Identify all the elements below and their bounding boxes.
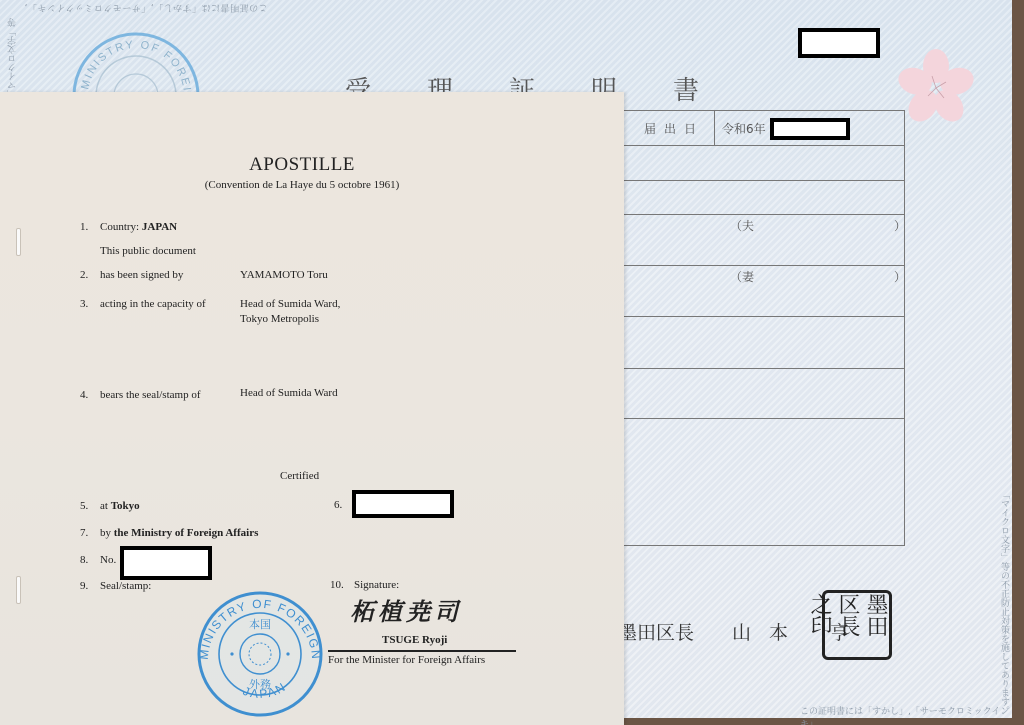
- capacity-value-line1: Head of Sumida Ward,: [240, 298, 340, 310]
- date-value: 令和6年: [722, 120, 766, 137]
- country-row: Country: JAPAN: [100, 221, 177, 233]
- security-notice-bottom: この証明書には「すかし」,「サーモクロミックインキ」,: [800, 704, 1012, 725]
- item-number: 6.: [334, 499, 342, 511]
- seal-value: Head of Sumida Ward: [240, 387, 338, 399]
- date-label: 届出日: [644, 120, 704, 137]
- wife-label: （妻: [730, 268, 754, 285]
- certified-heading: Certified: [280, 470, 319, 482]
- item-number: 2.: [80, 269, 88, 281]
- table-row: [600, 418, 904, 419]
- security-notice-top: この証明書には「すかし」,「サーモクロミックインキ」,: [24, 2, 268, 15]
- table-row: [600, 368, 904, 369]
- staple: [16, 228, 21, 256]
- handwritten-signature: 柘植尭司: [350, 592, 462, 627]
- signature-line: [328, 650, 516, 652]
- table-row: （夫 ）: [600, 214, 904, 215]
- redacted-certificate-number: [798, 28, 880, 58]
- item-number: 8.: [80, 554, 88, 566]
- item-number: 5.: [80, 500, 88, 512]
- redacted-date: [352, 490, 454, 518]
- item-number: 4.: [80, 389, 88, 401]
- apostille-title: APOSTILLE: [0, 154, 624, 176]
- signer-role: For the Minister for Foreign Affairs: [328, 654, 485, 666]
- svg-text:外務: 外務: [249, 677, 271, 691]
- table-row: [600, 180, 904, 181]
- staple: [16, 576, 21, 604]
- security-notice-right: 「マイクロ文字」等の不正防止対策を施してあります。: [998, 490, 1011, 715]
- capacity-value-line2: Tokyo Metropolis: [240, 313, 319, 325]
- public-document-text: This public document: [100, 245, 196, 257]
- sakura-icon: [896, 46, 976, 126]
- at-row: at Tokyo: [100, 500, 140, 512]
- signed-by-label: has been signed by: [100, 269, 183, 281]
- table-row: （妻 ）: [600, 265, 904, 266]
- certificate-table: 届出日 令和6年 （夫 ） （妻 ）: [600, 110, 905, 546]
- seal-label: bears the seal/stamp of: [100, 389, 201, 401]
- by-row: by the Ministry of Foreign Affairs: [100, 527, 258, 539]
- item-number: 7.: [80, 527, 88, 539]
- ward-seal-stamp: 墨田区長之印: [822, 590, 892, 660]
- security-notice-left: 「マイクロ文字」等: [6, 18, 19, 99]
- issuer-title: 墨田区長: [618, 618, 694, 645]
- table-row: [600, 545, 904, 546]
- item-number: 1.: [80, 221, 88, 233]
- signer-name: TSUGE Ryoji: [382, 634, 447, 646]
- table-row: [600, 316, 904, 317]
- item-number: 9.: [80, 580, 88, 592]
- date-row: 届出日 令和6年: [600, 110, 904, 146]
- number-label: No.: [100, 554, 116, 566]
- signature-label: Signature:: [354, 579, 399, 591]
- item-number: 10.: [330, 579, 344, 591]
- svg-text:本国: 本国: [249, 617, 271, 631]
- apostille-certificate: APOSTILLE (Convention de La Haye du 5 oc…: [0, 92, 624, 725]
- signed-by-value: YAMAMOTO Toru: [240, 269, 328, 281]
- seal-stamp-label: Seal/stamp:: [100, 580, 151, 592]
- redacted-date: [770, 118, 850, 140]
- apostille-subtitle: (Convention de La Haye du 5 octobre 1961…: [0, 179, 624, 191]
- husband-label: （夫: [730, 217, 754, 234]
- item-number: 3.: [80, 298, 88, 310]
- close-paren: ）: [894, 217, 906, 234]
- ministry-stamp: MINISTRY OF FOREIGN AFFAIRS JAPAN 本国 外務: [196, 590, 324, 718]
- close-paren: ）: [894, 268, 906, 285]
- redacted-apostille-number: [120, 546, 212, 580]
- table-divider: [714, 111, 715, 145]
- capacity-label: acting in the capacity of: [100, 298, 206, 310]
